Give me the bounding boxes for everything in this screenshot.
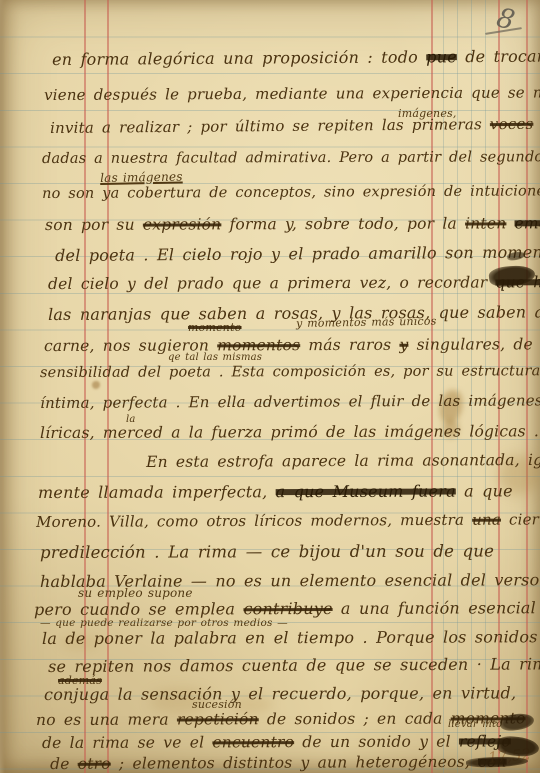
handwritten-text: de	[50, 755, 78, 773]
handwritten-text: ; elementos distintos y aun heterogéneos…	[111, 753, 478, 773]
handwritten-text: de un sonido y el	[294, 733, 459, 752]
handwritten-text: llevar mto	[448, 719, 502, 730]
manuscript-page: en forma alegórica una proposición : tod…	[0, 0, 540, 773]
manuscript-insertion: — que puede realizarse por otros medios …	[40, 617, 288, 629]
handwritten-text: predilección . La rima — ce bijou d'un s…	[40, 541, 494, 562]
handwritten-text: de trocarse,	[457, 46, 540, 66]
handwritten-text: conjuga la sensación y el recuerdo, porq…	[44, 683, 516, 704]
handwritten-text: Moreno. Villa, como otros líricos modern…	[36, 511, 472, 531]
manuscript-line: carne, nos sugieron momentos más raros y…	[44, 335, 540, 355]
handwritten-text: viene después le prueba, mediante una ex…	[44, 83, 540, 104]
handwritten-text: dadas a nuestra facultad admirativa. Per…	[42, 149, 540, 167]
handwritten-text: qe tal las mismas	[168, 352, 262, 363]
handwritten-text: y momentos más únicos	[296, 315, 437, 330]
crossed-out-text: expresión	[143, 215, 222, 233]
handwritten-text: — que puede realizarse por otros medios …	[40, 617, 288, 629]
manuscript-insertion: las imágenes	[100, 170, 183, 185]
manuscript-insertion: llevar mto	[448, 719, 502, 730]
manuscript-line: viene después le prueba, mediante una ex…	[44, 83, 540, 104]
manuscript-line: conjuga la sensación y el recuerdo, porq…	[44, 683, 516, 704]
handwritten-text: las naranjas que saben a rosas, y las ro…	[48, 302, 540, 324]
manuscript-insertion: qe tal las mismas	[168, 352, 262, 363]
manuscript-line: predilección . La rima — ce bijou d'un s…	[40, 541, 494, 562]
manuscript-line: líricas, merced a la fuerza primó de las…	[40, 422, 539, 442]
handwritten-text: en forma alegórica una proposición : tod…	[52, 47, 426, 69]
manuscript-line: son por su expresión forma y, sobre todo…	[45, 214, 540, 234]
crossed-out-text: encuentro	[212, 733, 294, 751]
crossed-out-text: una	[472, 511, 501, 529]
crossed-out-text: contribuye	[243, 599, 332, 618]
manuscript-line: del cielo y del prado que a primera vez,…	[48, 273, 540, 293]
manuscript-line: la de poner la palabra en el tiempo . Po…	[42, 627, 538, 648]
blotted-text: a que Museum fuera	[276, 482, 456, 502]
handwritten-text: no son ya cobertura de conceptos, sino e…	[42, 183, 540, 202]
manuscript-insertion: momento	[188, 321, 242, 334]
handwritten-text: las imágenes	[100, 170, 183, 185]
handwritten-text: se repiten nos damos cuenta de que se su…	[48, 654, 540, 676]
handwritten-text: forma y, sobre todo, por la	[221, 215, 465, 234]
crossed-out-text: repetición	[177, 710, 259, 728]
manuscript-line: dadas a nuestra facultad admirativa. Per…	[42, 149, 540, 167]
handwritten-text: del poeta . El cielo rojo y el prado ama…	[55, 242, 540, 265]
handwritten-text: En esta estrofa aparece la rima asonanta…	[146, 451, 540, 471]
manuscript-insertion: sucesión	[192, 698, 242, 711]
manuscript-line: de la rima se ve el encuentro de un soni…	[42, 732, 511, 752]
manuscript-line: las naranjas que saben a rosas, y las ro…	[48, 302, 540, 324]
crossed-out-text: inten	[465, 214, 506, 232]
handwritten-text: a que	[456, 481, 513, 500]
handwritten-text: su empleo supone	[78, 586, 193, 600]
handwritten-text: del cielo y del prado que a primera vez,…	[48, 273, 496, 293]
handwritten-text: de sonidos ; en cada	[259, 710, 451, 729]
manuscript-insertion: y momentos más únicos	[296, 315, 437, 330]
manuscript-line: Moreno. Villa, como otros líricos modern…	[36, 510, 540, 531]
handwritten-text: son por su	[45, 216, 143, 234]
handwritten-text: recomen-	[533, 114, 540, 133]
manuscript-line: pero cuando se emplea contribuye a una f…	[34, 598, 536, 619]
manuscript-insertion: su empleo supone	[78, 586, 193, 600]
manuscript-line: mente llamada imperfecta, a que Museum f…	[38, 481, 513, 502]
crossed-out-text: otro	[78, 755, 111, 773]
handwritten-text	[506, 214, 514, 232]
crossed-out-text: voces	[490, 115, 534, 133]
handwritten-text: cierta	[501, 510, 540, 528]
manuscript-line: en forma alegórica una proposición : tod…	[52, 46, 540, 69]
manuscript-line: del poeta . El cielo rojo y el prado ama…	[55, 242, 540, 265]
handwritten-text: líricas, merced a la fuerza primó de las…	[40, 422, 539, 442]
manuscript-line: se repiten nos damos cuenta de que se su…	[48, 654, 540, 676]
manuscript-line: íntima, perfecta . En ella advertimos el…	[40, 391, 540, 412]
handwritten-text: más raros	[300, 336, 399, 354]
handwritten-text: no es una mera	[36, 711, 177, 729]
handwritten-text: íntima, perfecta . En ella advertimos el…	[40, 391, 540, 412]
handwritten-text: sensibilidad del poeta . Esta composició…	[40, 363, 540, 381]
blotted-text: pue	[426, 47, 457, 66]
manuscript-line: sensibilidad del poeta . Esta composició…	[40, 363, 540, 381]
crossed-out-text: momento	[188, 321, 242, 334]
manuscript-line: no son ya cobertura de conceptos, sino e…	[42, 183, 540, 202]
blotted-text: emoci	[515, 214, 540, 232]
handwritten-text: sucesión	[192, 698, 242, 711]
handwritten-text: de la rima se ve el	[42, 733, 212, 752]
handwritten-text: mente llamada imperfecta,	[38, 482, 276, 502]
handwritten-text: singulares, de la	[408, 335, 540, 354]
handwritten-text: a una función esencial	[333, 598, 536, 618]
manuscript-line: de otro ; elementos distintos y aun hete…	[50, 753, 507, 773]
handwritten-text: la de poner la palabra en el tiempo . Po…	[42, 627, 538, 648]
manuscript-line: En esta estrofa aparece la rima asonanta…	[146, 451, 540, 471]
handwritten-text: invita a realizar ; por último se repite…	[50, 115, 490, 137]
